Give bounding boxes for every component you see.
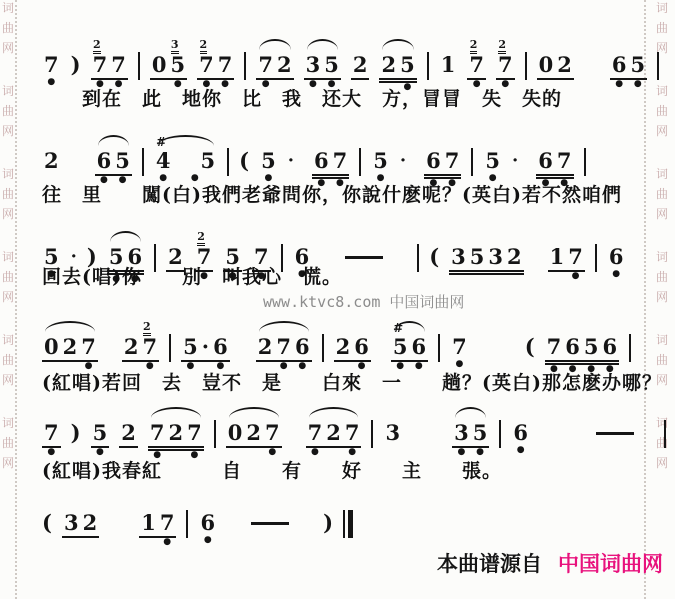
beamed-note-group: 6●5● xyxy=(610,38,647,90)
note-digit: 6 xyxy=(198,510,217,536)
note-digit: 3 xyxy=(452,420,471,448)
note-digit: 0 xyxy=(42,334,61,362)
barline xyxy=(629,334,631,362)
beamed-note-group: 0 2 xyxy=(537,38,574,90)
barline xyxy=(499,420,501,448)
final-barline xyxy=(343,510,353,538)
side-watermark-char: 曲 xyxy=(656,188,668,201)
barline xyxy=(227,148,229,176)
note-digit: 2 xyxy=(256,334,275,362)
note: #5● xyxy=(391,320,410,372)
notation-text: · xyxy=(288,148,294,174)
note: 6● xyxy=(198,496,217,546)
note: 5● xyxy=(91,406,110,458)
note: 27● xyxy=(496,38,515,90)
left-dotted-rule xyxy=(15,0,17,599)
octave-dot: ● xyxy=(634,80,642,90)
side-watermark-char: 词 xyxy=(2,168,14,181)
side-watermark-char: 曲 xyxy=(656,105,668,118)
octave-dot xyxy=(88,538,91,548)
note: 5● xyxy=(173,134,218,184)
note: 6● xyxy=(601,320,620,375)
side-watermark-char: 词 xyxy=(2,251,14,264)
note: 5● xyxy=(483,134,502,184)
side-watermark-char: 词 xyxy=(656,168,668,181)
notation-text: ( xyxy=(42,510,52,536)
side-watermark-char: 网 xyxy=(656,291,668,304)
note-digit: 6 xyxy=(607,244,626,270)
lyric-line: 回去(唱)你 別 叫我心 慌。 xyxy=(42,262,342,289)
side-watermark-char: 词 xyxy=(2,417,14,430)
note: 2 xyxy=(256,320,275,372)
octave-dot: ● xyxy=(517,446,525,456)
note-digit: 0 xyxy=(150,52,169,80)
note: 0 xyxy=(150,38,169,90)
barline xyxy=(664,420,666,448)
note: 5● xyxy=(181,320,200,372)
sharp-icon: # xyxy=(156,135,166,149)
note: 3● xyxy=(452,406,471,458)
note-digit: 5 xyxy=(398,52,417,83)
beamed-note-group: 2 6● xyxy=(334,320,371,372)
notation-text: · xyxy=(400,148,406,174)
note-digit: 5 xyxy=(181,334,200,362)
barline xyxy=(359,148,361,176)
note: 27● xyxy=(467,38,486,90)
side-watermark-char: 词 xyxy=(656,334,668,347)
barline xyxy=(142,148,144,176)
note-digit: 3 xyxy=(304,52,323,80)
note-digit: 6 xyxy=(601,334,620,365)
note-digit: 2 xyxy=(42,148,61,174)
note: 2 xyxy=(42,134,61,184)
slurred-note-group: 0 2 7● xyxy=(42,320,98,372)
note-digit: 0 xyxy=(537,52,556,80)
octave-dot xyxy=(476,275,479,285)
note-digit: 6 xyxy=(352,334,371,362)
note: 7● xyxy=(306,406,325,458)
score-system: 7●)5●2 7●2 7●0 2 7●7●2 7●3 3●5●6● xyxy=(42,406,675,461)
note: #4● xyxy=(154,134,173,184)
note: 2 xyxy=(122,320,141,372)
side-watermark-char: 网 xyxy=(2,374,14,387)
side-watermark-char: 曲 xyxy=(2,271,14,284)
note: 5● xyxy=(628,38,647,90)
note-digit: 2 xyxy=(275,52,294,80)
beamed-note-group: 2 27● xyxy=(122,320,159,372)
notation-text: ( xyxy=(525,334,535,360)
note-digit: 7 xyxy=(42,52,61,78)
side-watermark-group: 词曲网 xyxy=(2,251,14,304)
barline xyxy=(138,52,140,80)
barline xyxy=(214,420,216,448)
beamed-note-group: 2 xyxy=(119,406,138,458)
note-ornament-slot: # xyxy=(158,134,168,148)
note-digit: 5 xyxy=(259,148,278,174)
note: 6● xyxy=(409,320,428,372)
note-digit: 5 xyxy=(483,148,502,174)
note-digit: 5 xyxy=(468,244,487,275)
lyric-line: 往 里 闖(白)我們老爺問你，你說什麽呢？(英白)若不然咱們 xyxy=(42,180,622,207)
barline xyxy=(186,510,188,538)
slurred-note-group: #4●5● xyxy=(154,134,217,184)
note-ornament-slot: 2 xyxy=(96,38,104,52)
lyric-line: (紅唱)我春紅 自 有 好 主 張。 xyxy=(42,456,502,483)
note-digit: 7 xyxy=(443,148,462,179)
grace-note: 2 xyxy=(200,38,208,54)
side-watermark-group: 词曲网 xyxy=(2,417,14,470)
note: 3 xyxy=(486,230,505,285)
note-digit: 7 xyxy=(79,334,98,362)
slurred-note-group: 7●2 7● xyxy=(306,406,362,458)
side-watermark-char: 词 xyxy=(2,85,14,98)
sharp-icon: # xyxy=(393,321,403,335)
note: 7● xyxy=(216,38,235,90)
duration-dash xyxy=(251,522,289,525)
notation-text: · xyxy=(512,148,518,174)
note-digit: 5 xyxy=(582,334,601,365)
note-ornament-slot: 2 xyxy=(146,320,154,334)
note: 5● xyxy=(582,320,601,375)
note: 2 xyxy=(61,320,80,372)
note: 0 xyxy=(42,320,61,372)
note-digit: 3 xyxy=(486,244,505,275)
note: 5● xyxy=(113,134,132,186)
lyric-line: 到在 此 地你 比 我 还大 方，冒冒 失 失的 xyxy=(42,84,562,111)
side-watermark-char: 网 xyxy=(2,125,14,138)
barline xyxy=(417,244,419,272)
octave-dot: ● xyxy=(163,538,171,548)
octave-dot: ● xyxy=(615,80,623,90)
side-watermark-char: 曲 xyxy=(2,188,14,201)
note: 5● xyxy=(259,134,278,184)
slurred-note-group: 7●2 xyxy=(256,38,293,90)
side-watermark-char: 词 xyxy=(2,334,14,347)
note-digit: 2 xyxy=(166,420,185,451)
note-digit: 3 xyxy=(383,420,402,446)
note-ornament-slot: 2 xyxy=(501,38,509,52)
beamed-note-group: 27●7● xyxy=(197,38,234,90)
side-watermark-char: 词 xyxy=(656,2,668,15)
note: 6● xyxy=(211,320,230,372)
note-digit: 5 xyxy=(168,52,187,80)
note: 5● xyxy=(471,406,490,458)
beamed-note-group: 5●· 6● xyxy=(181,320,230,372)
note-digit: 7 xyxy=(450,334,469,360)
note: 1 xyxy=(439,38,458,88)
grace-note: 2 xyxy=(470,38,478,54)
note-digit: 1 xyxy=(139,510,158,538)
grace-note: 2 xyxy=(197,230,205,246)
note-ornament-slot: # xyxy=(395,320,405,334)
note-digit: 7 xyxy=(91,52,110,80)
side-watermark-char: 曲 xyxy=(2,22,14,35)
beamed-note-group: 3 2 xyxy=(62,496,99,548)
note: 1 xyxy=(548,230,567,282)
barline xyxy=(371,420,373,448)
note-digit: 2 xyxy=(122,334,141,362)
note: 7● xyxy=(185,406,204,461)
note-digit: 3 xyxy=(62,510,81,538)
side-watermark-char: 网 xyxy=(656,125,668,138)
slurred-note-group: #5●6● xyxy=(391,320,428,372)
note: 6● xyxy=(293,320,312,372)
note-ornament-slot: 2 xyxy=(203,38,211,52)
note-digit: 7 xyxy=(306,420,325,448)
beamed-note-group: 3 5 3 2 xyxy=(449,230,524,285)
octave-dot xyxy=(513,275,516,285)
barline xyxy=(169,334,171,362)
note: 2 xyxy=(351,38,370,90)
note-digit: 5 xyxy=(371,148,390,174)
note: 3 xyxy=(449,230,468,285)
beamed-note-group: 27●7● xyxy=(91,38,128,90)
note: 2 xyxy=(275,38,294,90)
note: · xyxy=(200,320,211,372)
score-system: 0 2 7●2 27●5●· 6●2 7●6●2 6●#5●6●7●(7●6●5… xyxy=(42,320,641,375)
notation-text: ) xyxy=(71,52,81,78)
octave-dot xyxy=(563,80,566,90)
barline xyxy=(657,52,659,80)
note-digit: 1 xyxy=(548,244,567,272)
note: 1 xyxy=(139,496,158,548)
octave-dot xyxy=(457,275,460,285)
notation-text: ( xyxy=(239,148,249,174)
note: 7● xyxy=(263,406,282,458)
note-ornament-slot: 2 xyxy=(200,230,208,244)
note: 0 xyxy=(537,38,556,90)
left-side-watermark: 词曲网词曲网词曲网词曲网词曲网词曲网 xyxy=(1,2,15,599)
slurred-note-group: 2 7●6● xyxy=(256,320,312,372)
note: 5● xyxy=(371,134,390,184)
note-digit: 7 xyxy=(555,148,574,179)
barline xyxy=(427,52,429,80)
note: 7● xyxy=(274,320,293,372)
note: 2 xyxy=(166,406,185,461)
grace-note: 2 xyxy=(93,38,101,54)
side-watermark-group: 词曲网 xyxy=(2,2,14,55)
side-watermark-char: 曲 xyxy=(2,437,14,450)
note-ornament-slot: 3 xyxy=(174,38,182,52)
note-ornament-slot: 2 xyxy=(473,38,481,52)
beamed-note-group: 0 35● xyxy=(150,38,187,90)
note-digit: 7 xyxy=(185,420,204,451)
octave-dot: ● xyxy=(204,536,212,546)
footer-credit-prefix: 本曲谱源自 xyxy=(437,548,542,578)
note-digit: 2 xyxy=(351,52,370,80)
note-digit: 5 xyxy=(391,334,410,362)
note-digit: 2 xyxy=(334,334,353,362)
note: 5 xyxy=(468,230,487,285)
note-digit: 7 xyxy=(274,334,293,362)
note: 6● xyxy=(95,134,114,186)
duration-dash xyxy=(596,432,634,435)
note-digit: 7 xyxy=(566,244,585,272)
note-digit: 6 xyxy=(293,334,312,362)
note-digit: 6 xyxy=(409,334,428,362)
note: 6● xyxy=(563,320,582,375)
note: 2 xyxy=(244,406,263,458)
side-watermark-char: 曲 xyxy=(2,105,14,118)
note-digit: 7 xyxy=(197,52,216,80)
note-digit: 5 xyxy=(199,148,218,174)
note-digit: 2 xyxy=(81,510,100,538)
note-digit: 2 xyxy=(324,420,343,448)
note: 5● xyxy=(322,38,341,90)
grace-note: 2 xyxy=(498,38,506,54)
note: 7● xyxy=(109,38,128,90)
note-digit: 7 xyxy=(158,510,177,538)
grace-note: 2 xyxy=(143,320,151,336)
note: 2 xyxy=(324,406,343,458)
note: 35● xyxy=(168,38,187,90)
side-watermark-char: 曲 xyxy=(656,354,668,367)
beamed-note-group: 7●6●5●6● xyxy=(545,320,620,375)
slurred-note-group: 3●5● xyxy=(452,406,489,458)
side-watermark-group: 词曲网 xyxy=(2,334,14,387)
note: 27● xyxy=(197,38,216,90)
note-digit: 2 xyxy=(379,52,398,83)
note-digit: 7 xyxy=(467,52,486,80)
note-digit: 7 xyxy=(343,420,362,448)
note: 7● xyxy=(42,406,61,458)
note: 2 xyxy=(555,38,574,90)
barline xyxy=(595,244,597,272)
note-digit: 1 xyxy=(439,52,458,78)
note: 3 xyxy=(383,406,402,456)
octave-dot xyxy=(70,538,73,548)
note-digit: 6 xyxy=(211,334,230,362)
barline xyxy=(438,334,440,362)
note-digit: 2 xyxy=(244,420,263,448)
note: 7● xyxy=(42,38,61,88)
side-watermark-char: 曲 xyxy=(656,22,668,35)
lyric-line: (紅唱)若回 去 豈不 是 白來 一 趟？(英白)那怎麽办哪？ xyxy=(42,368,662,395)
note-digit: 2 xyxy=(555,52,574,80)
note-digit: 2 xyxy=(61,334,80,362)
slurred-note-group: 6●5● xyxy=(95,134,132,186)
note: 2 xyxy=(334,320,353,372)
note-digit: 3 xyxy=(449,244,468,275)
side-watermark-char: 网 xyxy=(2,291,14,304)
note: 7● xyxy=(256,38,275,90)
note: 2 xyxy=(119,406,138,458)
note: 6● xyxy=(511,406,530,456)
note-digit: 2 xyxy=(505,244,524,275)
note-digit: 7 xyxy=(256,52,275,80)
side-watermark-char: 网 xyxy=(2,42,14,55)
notation-text: ( xyxy=(429,244,439,270)
note-digit: 7 xyxy=(148,420,167,451)
slurred-note-group: 3●5● xyxy=(304,38,341,90)
note-digit: 6 xyxy=(610,52,629,80)
note-digit: 7 xyxy=(545,334,564,365)
beamed-note-group: 1 7● xyxy=(548,230,585,282)
note-digit: 0 xyxy=(226,420,245,448)
barline xyxy=(322,334,324,362)
note-digit: 5 xyxy=(471,420,490,448)
note: 0 xyxy=(226,406,245,458)
octave-dot: ● xyxy=(572,272,580,282)
score-system: (3 2 1 7●6●) xyxy=(42,496,363,548)
note-digit: 5 xyxy=(322,52,341,80)
side-watermark-char: 词 xyxy=(2,2,14,15)
note-digit: 7 xyxy=(141,334,160,362)
note-digit: 6 xyxy=(511,420,530,446)
note: 7● xyxy=(450,320,469,370)
grace-note: 3 xyxy=(171,38,179,54)
note: 7● xyxy=(545,320,564,375)
note-digit: 6 xyxy=(563,334,582,365)
note-digit: 6 xyxy=(424,148,443,179)
side-watermark-group: 词曲网 xyxy=(2,168,14,221)
note-digit: 2 xyxy=(119,420,138,448)
octave-dot xyxy=(555,272,558,282)
note: 7● xyxy=(566,230,585,282)
side-watermark-char: 曲 xyxy=(2,354,14,367)
note: 6● xyxy=(352,320,371,372)
note: 7● xyxy=(343,406,362,458)
octave-dot xyxy=(494,275,497,285)
barline xyxy=(244,52,246,80)
beamed-note-group: 1 7● xyxy=(139,496,176,548)
duration-dash xyxy=(345,256,383,259)
note-digit: 6 xyxy=(312,148,331,179)
side-watermark-char: 网 xyxy=(2,208,14,221)
note: 7● xyxy=(148,406,167,461)
note-digit: 7 xyxy=(263,420,282,448)
side-watermark-char: 网 xyxy=(2,457,14,470)
note: 3 xyxy=(62,496,81,548)
notation-text: ) xyxy=(323,510,333,536)
note-digit: 5 xyxy=(91,420,110,448)
note: 27● xyxy=(141,320,160,372)
note-digit: 7 xyxy=(42,420,61,448)
note: 2 xyxy=(505,230,524,285)
note-digit: 6 xyxy=(536,148,555,179)
note: 7● xyxy=(79,320,98,372)
octave-dot xyxy=(391,446,394,456)
note: 27● xyxy=(91,38,110,90)
note-digit: 6 xyxy=(95,148,114,176)
octave-dot: ● xyxy=(612,270,620,280)
note: 2 xyxy=(81,496,100,548)
barline xyxy=(471,148,473,176)
note-digit: 5 xyxy=(628,52,647,80)
note-digit: 7 xyxy=(216,52,235,80)
note-digit: 5 xyxy=(113,148,132,176)
note-digit: · xyxy=(200,334,211,362)
note: 6● xyxy=(607,230,626,280)
footer-credit: 本曲谱源自 中国词曲网 xyxy=(437,548,663,578)
octave-dot xyxy=(147,538,150,548)
note-digit: 7 xyxy=(109,52,128,80)
note-digit: 7 xyxy=(331,148,350,179)
notation-text: ) xyxy=(71,420,81,446)
side-watermark-group: 词曲网 xyxy=(2,85,14,138)
slurred-note-group: 7●2 7● xyxy=(148,406,204,461)
footer-brand-name: 中国词曲网 xyxy=(558,548,663,578)
note-digit: 7 xyxy=(496,52,515,80)
side-watermark-group: 词曲网 xyxy=(656,168,668,221)
note: 3● xyxy=(304,38,323,90)
barline xyxy=(584,148,586,176)
center-watermark: www.ktvc8.com 中国词曲网 xyxy=(263,291,464,312)
side-watermark-char: 网 xyxy=(656,208,668,221)
note: 6● xyxy=(610,38,629,90)
note: 7● xyxy=(158,496,177,548)
slurred-note-group: 0 2 7● xyxy=(226,406,282,458)
